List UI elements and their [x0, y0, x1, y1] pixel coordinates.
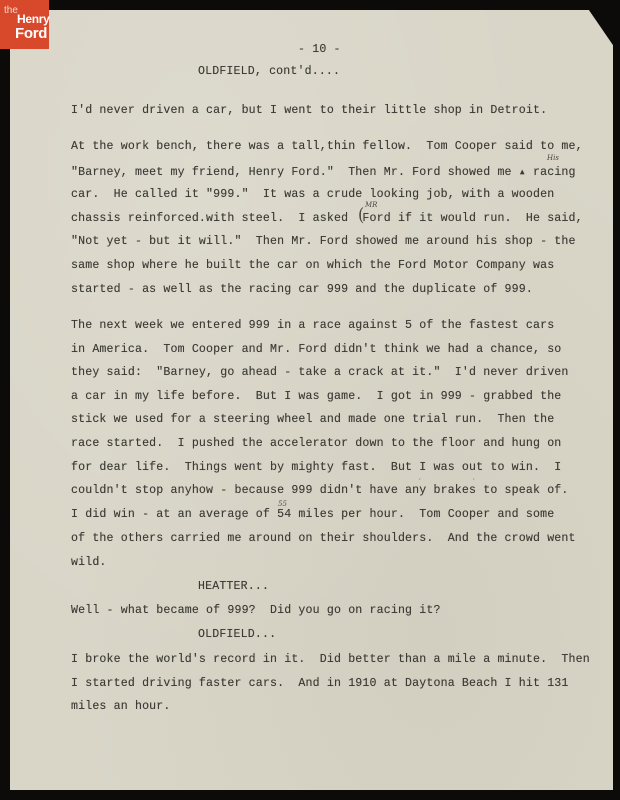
- speaker-heatter: HEATTER...: [198, 580, 269, 593]
- handwritten-tick-mark: ′: [473, 478, 475, 486]
- text-line: I'd never driven a car, but I went to th…: [71, 104, 547, 117]
- text-line: started - as well as the racing car 999 …: [71, 283, 533, 296]
- section-heading: OLDFIELD, cont'd....: [198, 65, 340, 78]
- text-line: same shop where he built the car on whic…: [71, 259, 554, 272]
- text-line: chassis reinforced.with steel. I asked F…: [71, 212, 583, 225]
- text-line: I did win - at an average of 54 miles pe…: [71, 508, 554, 521]
- text-line: couldn't stop anyhow - because 999 didn'…: [71, 484, 569, 497]
- text-line: I broke the world's record in it. Did be…: [71, 653, 590, 666]
- text-line: The next week we entered 999 in a race a…: [71, 319, 554, 332]
- text-line: "Not yet - but it will." Then Mr. Ford s…: [71, 235, 576, 248]
- text-line: of the others carried me around on their…: [71, 532, 576, 545]
- logo-henry: Henry: [17, 13, 50, 25]
- insertion-bracket-icon: (: [358, 204, 364, 225]
- logo-ford: Ford: [15, 26, 47, 41]
- handwritten-note-mr: MR: [365, 201, 377, 209]
- handwritten-tick-mark: ′: [419, 478, 421, 486]
- text-line: a car in my life before. But I was game.…: [71, 390, 561, 403]
- text-line: "Barney, meet my friend, Henry Ford." Th…: [71, 164, 576, 179]
- text-line: car. He called it "999." It was a crude …: [71, 188, 554, 201]
- text-line: for dear life. Things went by mighty fas…: [71, 461, 561, 474]
- text-line: I started driving faster cars. And in 19…: [71, 677, 569, 690]
- speaker-oldfield: OLDFIELD...: [198, 628, 276, 641]
- handwritten-note-his: His: [547, 154, 559, 162]
- text-line: they said: "Barney, go ahead - take a cr…: [71, 366, 569, 379]
- text-line: stick we used for a steering wheel and m…: [71, 413, 554, 426]
- handwritten-correction-55: 55: [278, 500, 287, 508]
- text-line: miles an hour.: [71, 700, 171, 713]
- text-line: race started. I pushed the accelerator d…: [71, 437, 561, 450]
- text-line: in America. Tom Cooper and Mr. Ford didn…: [71, 343, 561, 356]
- page-number: - 10 -: [298, 43, 341, 56]
- text-line: wild.: [71, 556, 107, 569]
- henry-ford-logo[interactable]: the Henry Ford: [0, 0, 49, 49]
- question-text: Well - what became of 999? Did you go on…: [71, 604, 441, 617]
- text-line: At the work bench, there was a tall,thin…: [71, 140, 583, 153]
- logo-the: the: [4, 6, 18, 16]
